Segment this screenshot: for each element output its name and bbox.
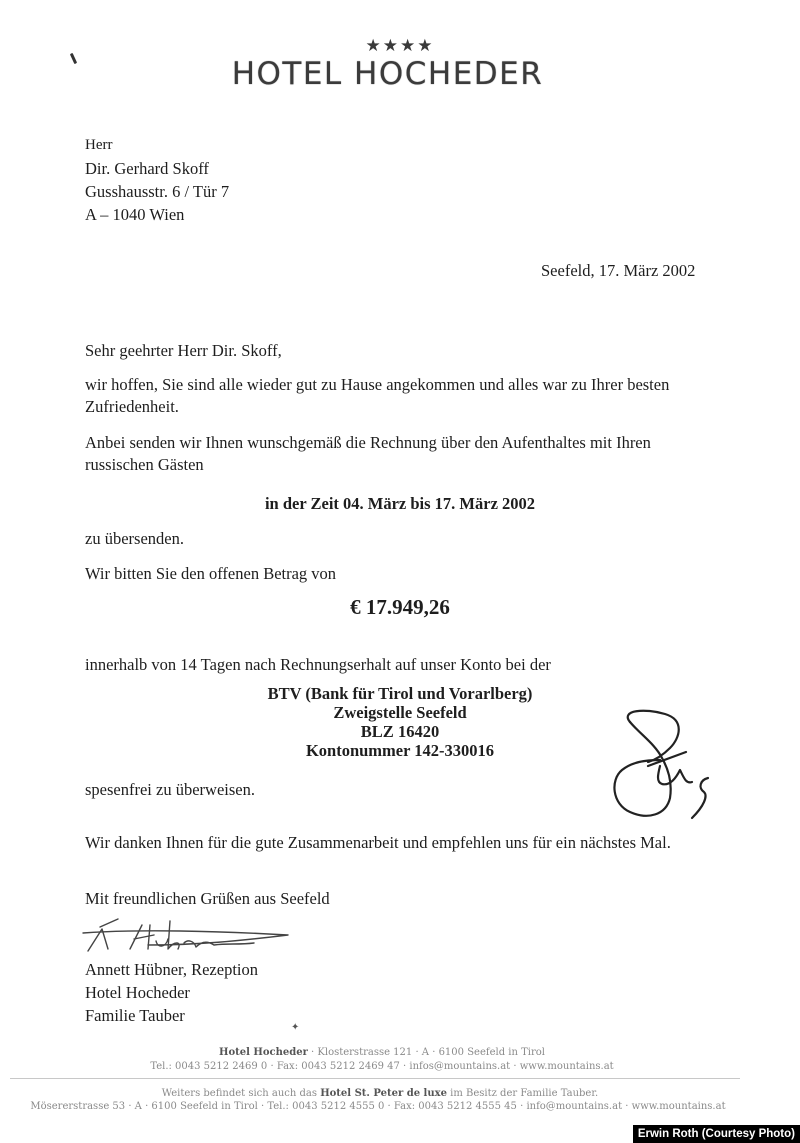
signatory-block: Annett Hübner, Rezeption Hotel Hocheder … xyxy=(85,958,258,1027)
request-line: Wir bitten Sie den offenen Betrag von xyxy=(85,563,725,585)
signatory-name: Annett Hübner, Rezeption xyxy=(85,958,258,981)
footer-sister-suffix: im Besitz der Familie Tauber. xyxy=(447,1088,598,1099)
paragraph-invoice: Anbei senden wir Ihnen wunschgemäß die R… xyxy=(85,432,715,476)
recipient-salutation: Herr xyxy=(85,134,229,157)
stay-period: in der Zeit 04. März bis 17. März 2002 xyxy=(0,494,800,513)
signatory-family: Familie Tauber xyxy=(85,1004,258,1027)
greeting: Sehr geehrter Herr Dir. Skoff, xyxy=(85,340,725,362)
signatory-hotel: Hotel Hocheder xyxy=(85,981,258,1004)
transfer-line: innerhalb von 14 Tagen nach Rechnungserh… xyxy=(85,654,725,676)
handwritten-signature xyxy=(78,915,308,957)
footer-divider xyxy=(10,1078,740,1079)
photo-credit: Erwin Roth (Courtesy Photo) xyxy=(633,1125,800,1143)
footer-hotel-address: Hotel Hocheder · Klosterstrasse 121 · A … xyxy=(0,1047,782,1058)
handwritten-initials xyxy=(600,700,740,830)
recipient-name: Dir. Gerhard Skoff xyxy=(85,157,229,180)
footer-hotel-street: · Klosterstrasse 121 · A · 6100 Seefeld … xyxy=(308,1047,545,1058)
hotel-logo: HOTEL HOCHEDER xyxy=(0,56,775,92)
footer-sister-hotel: Weiters befindet sich auch das Hotel St.… xyxy=(0,1088,780,1099)
closing-line: Mit freundlichen Grüßen aus Seefeld xyxy=(85,888,725,910)
footer-sister-hotel-name: Hotel St. Peter de luxe xyxy=(320,1088,447,1099)
recipient-address: Herr Dir. Gerhard Skoff Gusshausstr. 6 /… xyxy=(85,134,229,226)
invoice-amount: € 17.949,26 xyxy=(0,598,800,617)
send-line: zu übersenden. xyxy=(85,528,725,550)
fee-line: spesenfrei zu überweisen. xyxy=(85,779,725,801)
letter-date: Seefeld, 17. März 2002 xyxy=(541,261,695,281)
footer-sister-prefix: Weiters befindet sich auch das xyxy=(162,1088,320,1099)
recipient-city: A – 1040 Wien xyxy=(85,203,229,226)
footer-hotel-contact: Tel.: 0043 5212 2469 0 · Fax: 0043 5212 … xyxy=(0,1061,782,1072)
thanks-paragraph: Wir danken Ihnen für die gute Zusammenar… xyxy=(85,832,695,854)
paragraph-arrival: wir hoffen, Sie sind alle wieder gut zu … xyxy=(85,374,685,418)
footer-sister-contact: Möserer­strasse 53 · A · 6100 Seefeld in… xyxy=(0,1101,778,1112)
hotel-rating-stars: ★★★★ xyxy=(0,36,800,56)
footer-hotel-name: Hotel Hocheder xyxy=(219,1047,308,1058)
recipient-street: Gusshausstr. 6 / Tür 7 xyxy=(85,180,229,203)
bird-logo-icon: ✦ xyxy=(291,1022,299,1033)
